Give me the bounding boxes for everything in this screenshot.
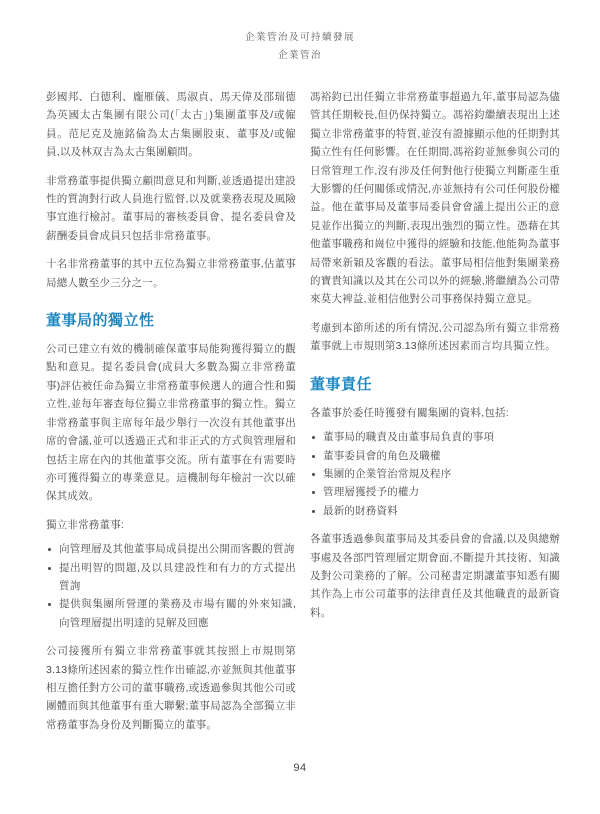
paragraph-ned-role: 非常務董事提供獨立顧問意見和判斷,並透過提出建設性的質詢對行政人員進行監督,以及… [46,172,296,246]
page-number: 94 [0,762,600,774]
list-item: 董事委員會的角色及職權 [310,447,560,465]
header-subsection-title: 企業管治 [0,48,600,63]
page-header: 企業管治及可持續發展 企業管治 [0,30,600,63]
list-item: 最新的財務資料 [310,502,560,520]
appointment-info-list: 董事局的職責及由董事局負責的事項 董事委員會的角色及職權 集團的企業管治常規及程… [310,428,560,520]
heading-directors-responsibilities: 董事責任 [310,373,560,394]
paragraph-independence-mechanism: 公司已建立有效的機制確保董事局能夠獲得獨立的觀點和意見。提名委員會(成員大多數為… [46,340,296,506]
paragraph-independence-conclusion: 考慮到本節所述的所有情況,公司認為所有獨立非常務董事就上市規則第3.13條所述因… [310,319,560,356]
paragraph-ned-count: 十名非常務董事的其中五位為獨立非常務董事,佔董事局總人數至少三分之一。 [46,255,296,292]
ined-qualities-list: 向管理層及其他董事局成員提出公開而客觀的質詢 提出明智的問題,及以具建設性和有力… [46,540,296,632]
paragraph-directors-affiliations: 彭國邦、白德利、龐雁儀、馬淑貞、馬天偉及邵瑞德為英國太古集團有限公司(「太古」)… [46,88,296,162]
paragraph-ongoing-development: 各董事透過參與董事局及其委員會的會議,以及與總辦事處及各部門管理層定期會面,不斷… [310,530,560,622]
document-page: 企業管治及可持續發展 企業管治 彭國邦、白德利、龐雁儀、馬淑貞、馬天偉及邵瑞德為… [0,0,600,814]
paragraph-appointment-info-intro: 各董事於委任時獲發有關集團的資料,包括: [310,404,560,422]
header-section-title: 企業管治及可持續發展 [0,30,600,45]
paragraph-long-serving-ined: 馮裕鈞已出任獨立非常務董事超過九年,董事局認為儘管其任期較長,但仍保持獨立。馮裕… [310,88,560,309]
list-item: 提出明智的問題,及以具建設性和有力的方式提出質詢 [46,559,296,596]
heading-board-independence: 董事局的獨立性 [46,309,296,330]
list-item: 向管理層及其他董事局成員提出公開而客觀的質詢 [46,540,296,558]
left-column: 彭國邦、白德利、龐雁儀、馬淑貞、馬天偉及邵瑞德為英國太古集團有限公司(「太古」)… [46,88,296,744]
paragraph-independence-confirmation: 公司接獲所有獨立非常務董事就其按照上市規則第3.13條所述因素的獨立性作出確認,… [46,642,296,734]
two-column-body: 彭國邦、白德利、龐雁儀、馬淑貞、馬天偉及邵瑞德為英國太古集團有限公司(「太古」)… [46,88,560,744]
paragraph-ined-list-intro: 獨立非常務董事: [46,516,296,534]
list-item: 集團的企業管治常規及程序 [310,465,560,483]
right-column: 馮裕鈞已出任獨立非常務董事超過九年,董事局認為儘管其任期較長,但仍保持獨立。馮裕… [310,88,560,744]
list-item: 管理層獲授予的權力 [310,483,560,501]
list-item: 提供與集團所營運的業務及市場有關的外來知識,向管理層提出明達的見解及回應 [46,595,296,632]
list-item: 董事局的職責及由董事局負責的事項 [310,428,560,446]
